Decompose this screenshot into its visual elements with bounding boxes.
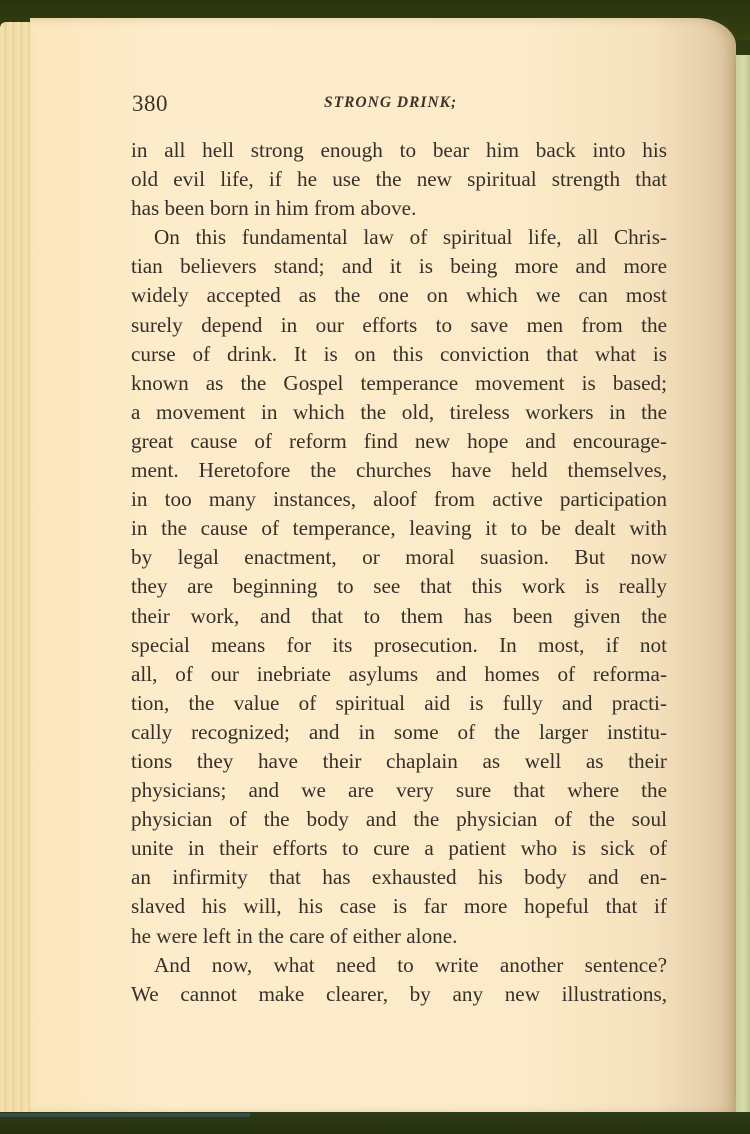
text-line: We cannot make clearer, by any new illus… bbox=[131, 980, 667, 1009]
text-line: tian believers stand; and it is being mo… bbox=[131, 252, 667, 281]
text-line: widely accepted as the one on which we c… bbox=[131, 281, 667, 310]
text-line: physician of the body and the physician … bbox=[131, 805, 667, 834]
text-line: he were left in the care of either alone… bbox=[131, 922, 667, 951]
running-head: 380 STRONG DRINK; bbox=[132, 91, 652, 121]
text-line: in too many instances, aloof from active… bbox=[131, 485, 667, 514]
text-line: unite in their efforts to cure a patient… bbox=[131, 834, 667, 863]
text-line: their work, and that to them has been gi… bbox=[131, 602, 667, 631]
text-line: known as the Gospel temperance movement … bbox=[131, 369, 667, 398]
page-stack-edge bbox=[0, 22, 32, 1114]
text-line: they are beginning to see that this work… bbox=[131, 572, 667, 601]
text-line: has been born in him from above. bbox=[131, 194, 667, 223]
text-line: On this fundamental law of spiritual lif… bbox=[131, 223, 667, 252]
text-line: cally recognized; and in some of the lar… bbox=[131, 718, 667, 747]
text-line: And now, what need to write another sent… bbox=[131, 951, 667, 980]
text-line: in the cause of temperance, leaving it t… bbox=[131, 514, 667, 543]
text-line: curse of drink. It is on this conviction… bbox=[131, 340, 667, 369]
text-line: slaved his will, his case is far more ho… bbox=[131, 892, 667, 921]
book-cover-edge bbox=[735, 55, 750, 1115]
text-line: by legal enactment, or moral suasion. Bu… bbox=[131, 543, 667, 572]
body-text: in all hell strong enough to bear him ba… bbox=[131, 136, 667, 1009]
text-line: surely depend in our efforts to save men… bbox=[131, 311, 667, 340]
text-line: an infirmity that has exhausted his body… bbox=[131, 863, 667, 892]
text-line: physicians; and we are very sure that wh… bbox=[131, 776, 667, 805]
text-line: all, of our inebriate asylums and homes … bbox=[131, 660, 667, 689]
page-number: 380 bbox=[132, 91, 168, 117]
text-line: tion, the value of spiritual aid is full… bbox=[131, 689, 667, 718]
text-line: ment. Heretofore the churches have held … bbox=[131, 456, 667, 485]
text-line: special means for its prosecution. In mo… bbox=[131, 631, 667, 660]
running-title: STRONG DRINK; bbox=[324, 94, 457, 112]
text-line: old evil life, if he use the new spiritu… bbox=[131, 165, 667, 194]
text-line: great cause of reform find new hope and … bbox=[131, 427, 667, 456]
text-line: a movement in which the old, tireless wo… bbox=[131, 398, 667, 427]
text-line: tions they have their chaplain as well a… bbox=[131, 747, 667, 776]
text-line: in all hell strong enough to bear him ba… bbox=[131, 136, 667, 165]
book-cover-bottom-edge bbox=[0, 1113, 250, 1117]
